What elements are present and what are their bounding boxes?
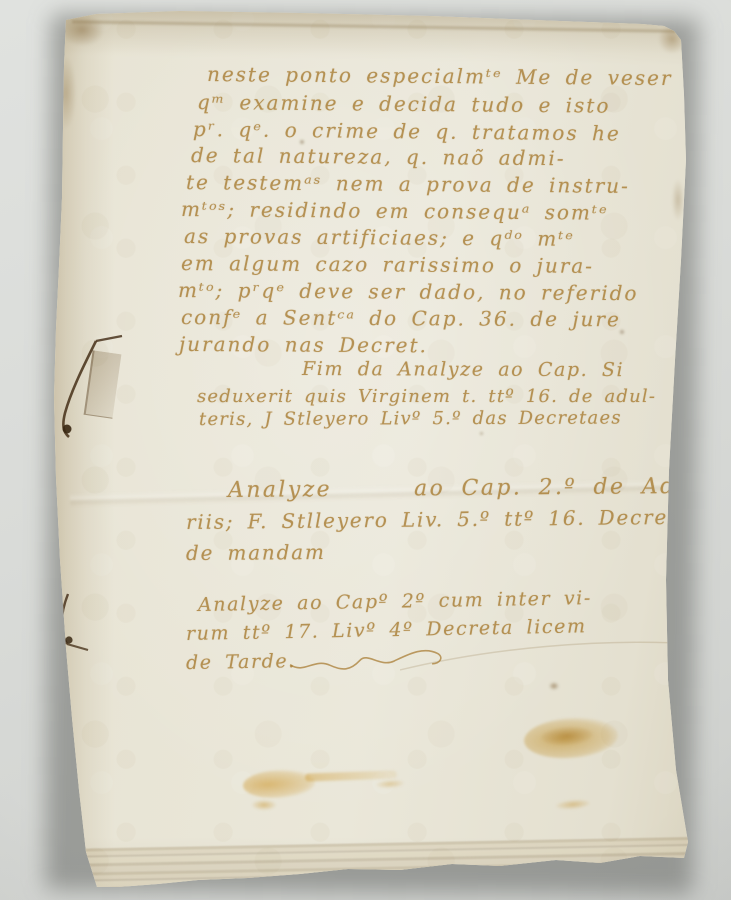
manuscript-line: neste ponto especialmᵗᵉ Me de veser bbox=[207, 62, 673, 90]
manuscript-line: qᵐ examine e decida tudo e isto bbox=[197, 90, 611, 118]
manuscript-booklet-page: neste ponto especialmᵗᵉ Me de veser qᵐ e… bbox=[0, 0, 731, 900]
heading-line: de Tarde. bbox=[186, 650, 296, 674]
manuscript-line: em algum cazo rarissimo o jura- bbox=[181, 251, 594, 278]
heading-line: Analyze ao Cap. 2.º de Adulte- bbox=[228, 474, 731, 503]
manuscript-line: de tal natureza, q. naõ admi- bbox=[191, 143, 566, 170]
manuscript-line: jurando nas Decret. bbox=[179, 332, 428, 357]
manuscript-line: te testemᵃˢ nem a prova de instru- bbox=[186, 170, 630, 198]
manuscript-line: as provas artificiaes; e qᵈᵒ mᵗᵉ bbox=[184, 224, 575, 251]
manuscript-line: mᵗᵒ; pʳqᵉ deve ser dado, no referido bbox=[178, 278, 639, 305]
manuscript-line: confᵉ a Sentᶜᵃ do Cap. 36. de jure bbox=[181, 305, 621, 331]
handwritten-text: neste ponto especialmᵗᵉ Me de veser qᵐ e… bbox=[0, 0, 731, 900]
manuscript-line: pʳ. qᵉ. o crime de q. tratamos he bbox=[193, 117, 621, 145]
heading-line: de mandam bbox=[186, 540, 326, 565]
pen-flourish bbox=[288, 643, 449, 679]
fim-line: teris, J Stleyero Livº 5.º das Decretaes bbox=[199, 408, 622, 430]
heading-line: Analyze ao Capº 2º cum inter vi- bbox=[198, 587, 592, 616]
fim-line: Fim da Analyze ao Cap. Si bbox=[302, 358, 624, 381]
fim-line: seduxerit quis Virginem t. ttº 16. de ad… bbox=[197, 386, 656, 407]
manuscript-line: mᵗᵒˢ; residindo em consequᵃ somᵗᵉ bbox=[181, 197, 609, 225]
photograph-of-manuscript: neste ponto especialmᵗᵉ Me de veser qᵐ e… bbox=[0, 0, 731, 900]
heading-line: rum ttº 17. Livº 4º Decreta licem bbox=[186, 615, 587, 645]
heading-line: riis; F. Stlleyero Liv. 5.º ttº 16. Decr… bbox=[186, 505, 689, 534]
